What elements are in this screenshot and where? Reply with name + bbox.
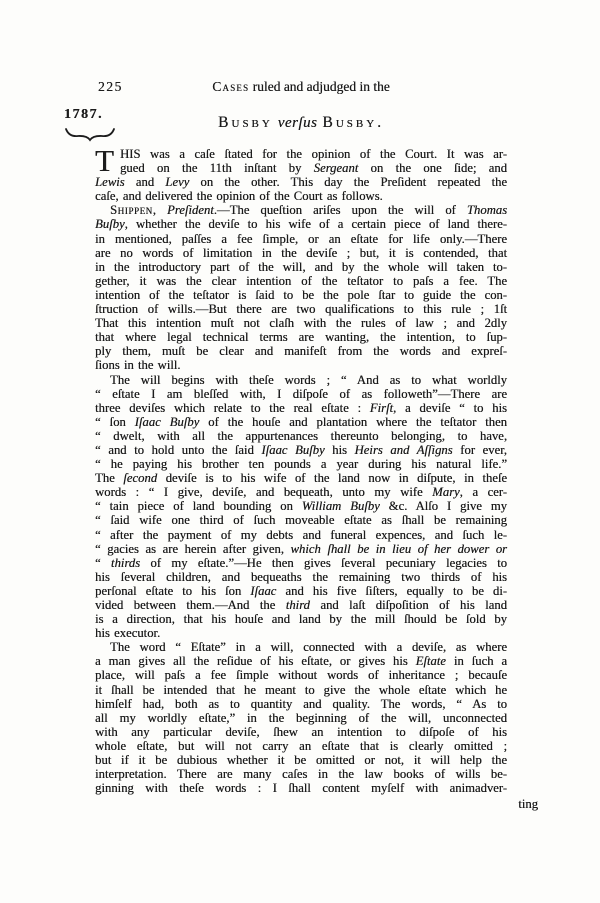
- text-line: but if it be dubious whether it be omitt…: [95, 753, 507, 767]
- text-line: gued on the 11th inſtant by Sergeant on …: [95, 161, 507, 175]
- drop-cap: T: [95, 148, 114, 175]
- text-line: himſelf had, both as to quantity and qua…: [95, 697, 507, 711]
- text-line: it ſhall be intended that he meant to gi…: [95, 683, 507, 697]
- case-title-versus: verſus: [278, 115, 318, 131]
- text-line: Shippen, Preſident.—The queſtion ariſes …: [95, 203, 507, 217]
- text-line: “ tain piece of land bounding on William…: [95, 499, 507, 513]
- running-header: Cases ruled and adjudged in the: [95, 79, 507, 95]
- text-line: interpretation. There are many caſes in …: [95, 767, 507, 781]
- text-line: “ ſaid wife one third of ſuch moveable e…: [95, 513, 507, 527]
- text-line: “ gacies as are herein after given, whic…: [95, 542, 507, 556]
- text-line: ſions in the will.: [95, 358, 507, 372]
- text-line: gether, it was the clear intention of th…: [95, 274, 507, 288]
- text-line: “ ſon Iſaac Buſby of the houſe and plant…: [95, 415, 507, 429]
- text-line: “ and to hold unto the ſaid Iſaac Buſby …: [95, 443, 507, 457]
- text-line: place, will paſs a fee ſimple without wo…: [95, 668, 507, 682]
- text-line: words : “ I give, deviſe, and bequeath, …: [95, 485, 507, 499]
- case-title: BusbyverſusBusby.: [95, 114, 507, 132]
- paragraph: The word “ Eſtate” in a will, connected …: [95, 640, 507, 795]
- text-line: caſe, and delivered the opinion of the C…: [95, 189, 507, 203]
- case-title-party1: Busby: [218, 114, 273, 131]
- text-line: ſtruction of wills.—But there are two qu…: [95, 302, 507, 316]
- text-line: that where legal technical terms are wan…: [95, 330, 507, 344]
- text-line: in the introductory part of the will, an…: [95, 260, 507, 274]
- text-line: intention of the teſtator is ſaid to be …: [95, 288, 507, 302]
- case-title-party2: Busby.: [322, 114, 384, 131]
- text-line: a man gives all the reſidue of his eſtat…: [95, 654, 507, 668]
- text-line: Lewis and Levy on the other. This day th…: [95, 175, 507, 189]
- paragraph: Shippen, Preſident.—The queſtion ariſes …: [95, 203, 507, 372]
- text-line: in mentioned, paſſes a fee ſimple, or an…: [95, 232, 507, 246]
- text-line: “ he paying his brother ten pounds a yea…: [95, 457, 507, 471]
- text-line: The ſecond deviſe is to his wife of the …: [95, 471, 507, 485]
- text-line: are no words of limitation in the deviſe…: [95, 246, 507, 260]
- paragraph: THIS was a caſe ſtated for the opinion o…: [95, 147, 507, 203]
- text-line: with any particular deviſe, ſhew an inte…: [95, 725, 507, 739]
- text-line: whole eſtate, but will not carry an eſta…: [95, 739, 507, 753]
- text-line: three deviſes which relate to the real e…: [95, 401, 507, 415]
- text-line: The word “ Eſtate” in a will, connected …: [95, 640, 507, 654]
- text-line: The will begins with theſe words ; “ And…: [95, 373, 507, 387]
- text-block: THIS was a caſe ſtated for the opinion o…: [95, 147, 507, 795]
- text-line: all my worldly eſtate,” in the beginning…: [95, 711, 507, 725]
- text-line: his ſeveral children, and bequeaths the …: [95, 570, 507, 584]
- text-line: “ dwelt, with all the appurtenances ther…: [95, 429, 507, 443]
- text-line: vided between them.—And the third and la…: [95, 598, 507, 612]
- text-line: Buſby, whether the deviſe to his wife of…: [95, 217, 507, 231]
- text-line: HIS was a caſe ſtated for the opinion of…: [95, 147, 507, 161]
- text-line: is a direction, that his houſe and land …: [95, 612, 507, 626]
- text-line: “ thirds of my eſtate.”—He then gives ſe…: [95, 556, 507, 570]
- text-line: ply them, muſt be clear and manifeſt fro…: [95, 344, 507, 358]
- text-line: “ eſtate I am bleſſed with, I diſpoſe of…: [95, 387, 507, 401]
- book-page: 225 Cases ruled and adjudged in the 1787…: [0, 0, 600, 903]
- text-line: ginning with theſe words : I ſhall conte…: [95, 781, 507, 795]
- catchword: ting: [95, 797, 538, 811]
- paragraph: The will begins with theſe words ; “ And…: [95, 373, 507, 641]
- running-header-lead: Cases: [212, 79, 249, 94]
- text-line: That this intention muſt not claſh with …: [95, 316, 507, 330]
- text-line: “ after the payment of my debts and fune…: [95, 528, 507, 542]
- text-line: his executor.: [95, 626, 507, 640]
- text-line: perſonal eſtate to his ſon Iſaac and his…: [95, 584, 507, 598]
- running-header-rest: ruled and adjudged in the: [249, 79, 390, 94]
